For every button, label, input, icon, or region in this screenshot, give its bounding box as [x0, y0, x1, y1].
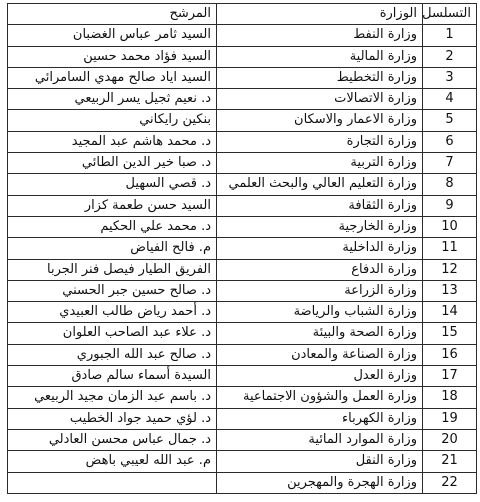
table-row: 4وزارة الاتصالاتد. نعيم ثجيل يسر الربيعي [8, 89, 477, 110]
sequence-cell: 8 [423, 174, 477, 195]
sequence-cell: 22 [423, 472, 477, 493]
ministry-cell: وزارة الاعمار والاسكان [217, 110, 423, 131]
ministry-cell: وزارة الصناعة والمعادن [217, 344, 423, 365]
table-header: التسلسل الوزارة المرشح [8, 4, 477, 25]
candidate-cell: السيدة أسماء سالم صادق [8, 366, 217, 387]
sequence-cell: 12 [423, 259, 477, 280]
candidate-cell: د. علاء عبد الصاحب العلوان [8, 323, 217, 344]
table-row: 15وزارة الصحة والبيئةد. علاء عبد الصاحب … [8, 323, 477, 344]
sequence-cell: 16 [423, 344, 477, 365]
sequence-cell: 21 [423, 451, 477, 472]
header-row: التسلسل الوزارة المرشح [8, 4, 477, 25]
sequence-cell: 13 [423, 280, 477, 301]
ministry-cell: وزارة الدفاع [217, 259, 423, 280]
table-row: 16وزارة الصناعة والمعادند. صالح عبد الله… [8, 344, 477, 365]
table-row: 10وزارة الخارجيةد. محمد علي الحكيم [8, 216, 477, 237]
sequence-cell: 1 [423, 25, 477, 46]
sequence-cell: 3 [423, 67, 477, 88]
candidate-cell: د. قصي السهيل [8, 174, 217, 195]
table-row: 3وزارة التخطيطالسيد اياد صالح مهدي السام… [8, 67, 477, 88]
sequence-cell: 14 [423, 302, 477, 323]
ministry-cell: وزارة الموارد المائية [217, 429, 423, 450]
candidate-cell: السيد حسن طعمة كزار [8, 195, 217, 216]
table-row: 13وزارة الزراعةد. صالح حسين جبر الحسني [8, 280, 477, 301]
candidate-cell: د. لؤي حميد جواد الخطيب [8, 408, 217, 429]
ministries-table-body: 1وزارة النفطالسيد ثامر عباس الغضبان2وزار… [8, 25, 477, 494]
candidate-cell: م. عبد الله لعيبي باهض [8, 451, 217, 472]
ministry-cell: وزارة التجارة [217, 131, 423, 152]
sequence-cell: 2 [423, 46, 477, 67]
header-ministry: الوزارة [217, 4, 423, 25]
ministry-cell: وزارة النفط [217, 25, 423, 46]
table-row: 2وزارة الماليةالسيد فؤاد محمد حسين [8, 46, 477, 67]
candidate-cell: د. جمال عباس محسن العادلي [8, 429, 217, 450]
candidate-cell: د. نعيم ثجيل يسر الربيعي [8, 89, 217, 110]
candidate-cell: د. صالح حسين جبر الحسني [8, 280, 217, 301]
candidate-cell: السيد فؤاد محمد حسين [8, 46, 217, 67]
sequence-cell: 11 [423, 238, 477, 259]
table-row: 9وزارة الثقافةالسيد حسن طعمة كزار [8, 195, 477, 216]
ministry-cell: وزارة العمل والشؤون الاجتماعية [217, 387, 423, 408]
candidate-cell [8, 472, 217, 493]
ministry-cell: وزارة الداخلية [217, 238, 423, 259]
candidate-cell: د. محمد هاشم عبد المجيد [8, 131, 217, 152]
ministries-table: التسلسل الوزارة المرشح 1وزارة النفطالسيد… [7, 3, 477, 494]
ministry-cell: وزارة التعليم العالي والبحث العلمي [217, 174, 423, 195]
candidate-cell: د. صبا خير الدين الطائي [8, 153, 217, 174]
candidate-cell: د. باسم عبد الزمان مجيد الربيعي [8, 387, 217, 408]
sequence-cell: 9 [423, 195, 477, 216]
candidate-cell: السيد ثامر عباس الغضبان [8, 25, 217, 46]
ministry-cell: وزارة الثقافة [217, 195, 423, 216]
table-row: 19وزارة الكهرباءد. لؤي حميد جواد الخطيب [8, 408, 477, 429]
page: التسلسل الوزارة المرشح 1وزارة النفطالسيد… [0, 0, 480, 502]
sequence-cell: 7 [423, 153, 477, 174]
sequence-cell: 6 [423, 131, 477, 152]
candidate-cell: د. محمد علي الحكيم [8, 216, 217, 237]
table-row: 18وزارة العمل والشؤون الاجتماعيةد. باسم … [8, 387, 477, 408]
ministry-cell: وزارة التخطيط [217, 67, 423, 88]
candidate-cell: د. أحمد رياض طالب العبيدي [8, 302, 217, 323]
table-row: 1وزارة النفطالسيد ثامر عباس الغضبان [8, 25, 477, 46]
sequence-cell: 10 [423, 216, 477, 237]
ministry-cell: وزارة الزراعة [217, 280, 423, 301]
candidate-cell: د. صالح عبد الله الجبوري [8, 344, 217, 365]
ministry-cell: وزارة الهجرة والمهجرين [217, 472, 423, 493]
ministry-cell: وزارة الكهرباء [217, 408, 423, 429]
sequence-cell: 19 [423, 408, 477, 429]
ministry-cell: وزارة الشباب والرياضة [217, 302, 423, 323]
table-row: 5وزارة الاعمار والاسكانبنكين رايكاني [8, 110, 477, 131]
ministry-cell: وزارة الصحة والبيئة [217, 323, 423, 344]
candidate-cell: بنكين رايكاني [8, 110, 217, 131]
table-row: 22وزارة الهجرة والمهجرين [8, 472, 477, 493]
candidate-cell: م. فالح الفياض [8, 238, 217, 259]
ministry-cell: وزارة الخارجية [217, 216, 423, 237]
sequence-cell: 15 [423, 323, 477, 344]
ministry-cell: وزارة المالية [217, 46, 423, 67]
table-row: 6وزارة التجارةد. محمد هاشم عبد المجيد [8, 131, 477, 152]
ministry-cell: وزارة العدل [217, 366, 423, 387]
table-row: 14وزارة الشباب والرياضةد. أحمد رياض طالب… [8, 302, 477, 323]
ministry-cell: وزارة الاتصالات [217, 89, 423, 110]
table-row: 11وزارة الداخليةم. فالح الفياض [8, 238, 477, 259]
table-row: 21وزارة النقلم. عبد الله لعيبي باهض [8, 451, 477, 472]
sequence-cell: 4 [423, 89, 477, 110]
ministry-cell: وزارة النقل [217, 451, 423, 472]
table-row: 17وزارة العدلالسيدة أسماء سالم صادق [8, 366, 477, 387]
sequence-cell: 5 [423, 110, 477, 131]
header-candidate: المرشح [8, 4, 217, 25]
table-row: 20وزارة الموارد المائيةد. جمال عباس محسن… [8, 429, 477, 450]
ministry-cell: وزارة التربية [217, 153, 423, 174]
candidate-cell: السيد اياد صالح مهدي السامرائي [8, 67, 217, 88]
sequence-cell: 18 [423, 387, 477, 408]
candidate-cell: الفريق الطيار فيصل فنر الجربا [8, 259, 217, 280]
table-row: 7وزارة التربيةد. صبا خير الدين الطائي [8, 153, 477, 174]
sequence-cell: 17 [423, 366, 477, 387]
header-sequence: التسلسل [423, 4, 477, 25]
table-row: 8وزارة التعليم العالي والبحث العلميد. قص… [8, 174, 477, 195]
table-row: 12وزارة الدفاعالفريق الطيار فيصل فنر الج… [8, 259, 477, 280]
sequence-cell: 20 [423, 429, 477, 450]
